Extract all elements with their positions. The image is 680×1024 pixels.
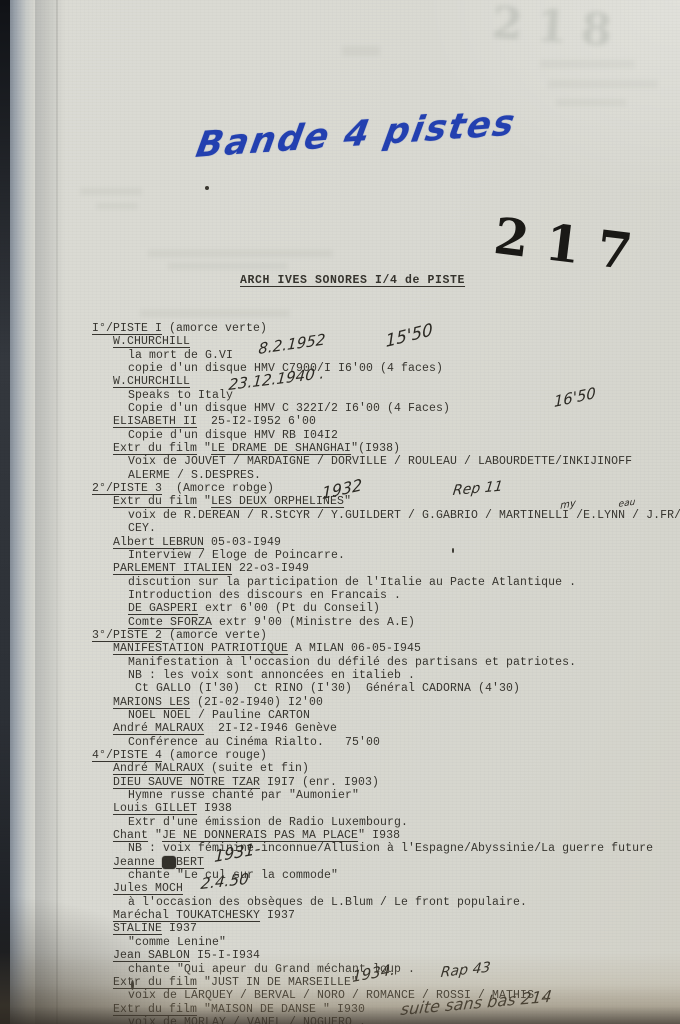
typed-text: (2I-02-I940) I2'00 [190,696,323,709]
underlined-text: Extr du film [113,1003,197,1016]
typed-text: (amorce rouge) [162,749,267,762]
handwritten-annotation: eau [618,496,636,512]
typed-text: 25-I2-I952 6'00 [197,415,316,428]
typed-line: André MALRAUX (suite et fin) [0,762,680,775]
typed-text: A MILAN 06-05-I945 [288,642,421,655]
typed-line: Comte SFORZA extr 9'00 (Ministre des A.E… [0,616,680,629]
typed-line: "comme Lenine" [0,936,680,949]
typed-text: Ct GALLO (I'30) Ct RINO (I'30) Général C… [128,682,520,695]
bleed-through-ghost [548,80,658,88]
bleed-through-ghost [556,99,626,106]
typed-text: I938 [197,802,232,815]
typed-line: la mort de G.VI8.2.195215'50 [0,349,680,362]
typed-text: " I938 [358,829,400,842]
typed-line: ELISABETH II 25-I2-I952 6'00 [0,415,680,428]
typed-line: CEY. [0,522,680,535]
page-title: ARCH IVES SONORES I/4 de PISTE [240,274,465,287]
bleed-through-ghost [342,46,380,56]
underlined-text: 2°/PISTE 3 [92,482,162,495]
underlined-text: Chant [113,829,148,842]
bleed-through-ghost [540,60,635,68]
typed-text: I5-I-I934 [190,949,260,962]
typed-line: voix de LARQUEY / BERVAL / NORO / ROMANC… [0,989,680,1002]
typed-text: Voix de JOUVET / MARDAIGNE / DORVILLE / … [128,455,632,468]
underlined-text: MANIFESTATION PATRIOTIQUE [113,642,288,655]
underlined-text: W.CHURCHILL [113,375,190,388]
underlined-text: STALINE [113,922,162,935]
typed-line: Louis GILLET I938 [0,802,680,815]
typed-text: voix de R.DEREAN / R.StCYR / Y.GUILDERT … [128,509,680,522]
underlined-text: DIEU SAUVE NOTRE TZAR [113,776,260,789]
underlined-text: I°/PISTE I [92,322,162,335]
typed-line: Conférence au Cinéma Rialto. 75'00 [0,736,680,749]
typed-line: Ct GALLO (I'30) Ct RINO (I'30) Général C… [0,682,680,695]
page-number-stamp: 217 [491,206,652,283]
underlined-text: MARIONS LES [113,696,190,709]
ink-speck [452,548,454,553]
typed-text: NB : voix féminine inconnue/Allusion à l… [128,842,653,855]
typed-text: Interview / Eloge de Poincarre. [128,549,345,562]
handwritten-annotation: 16'50 [554,387,596,410]
typed-line: I°/PISTE I (amorce verte) [0,322,680,335]
typed-line: Extr du film "LE DRAME DE SHANGHAI"(I938… [0,442,680,455]
typed-line: MANIFESTATION PATRIOTIQUE A MILAN 06-05-… [0,642,680,655]
typed-text: I937 [260,909,295,922]
typed-text: " [197,442,211,455]
underlined-text: Albert LEBRUN [113,536,204,549]
typed-text: discution sur la participation de l'Ital… [128,576,576,589]
typed-line: Jean SABLON I5-I-I934 [0,949,680,962]
typed-text: (Amorce robge) [162,482,274,495]
underlined-text: Jeanne [113,856,162,869]
underlined-text: Maréchal TOUKATCHESKY [113,909,260,922]
typed-text: NOEL NOEL / Pauline CARTON [128,709,310,722]
bleed-through-stamp: 218 [490,0,627,58]
underlined-text: Extr du film [113,442,197,455]
typed-line: Extr d'une émission de Radio Luxembourg. [0,816,680,829]
typed-text: Extr d'une émission de Radio Luxembourg. [128,816,408,829]
handwritten-title: Bande 4 pistes [193,103,519,166]
typed-line: chante "Qui apeur du Grand méchant loup … [0,963,680,976]
typed-line: voix de MORLAY / VANEL / NOGUERO . [0,1016,680,1024]
underlined-text: BERT [176,856,204,869]
underlined-text: André MALRAUX [113,722,204,735]
typed-line: voix de R.DEREAN / R.StCYR / Y.GUILDERT … [0,509,680,522]
typed-line: W.CHURCHILL [0,335,680,348]
handwritten-annotation: Rep 11 [452,481,504,499]
ink-speck [205,186,209,190]
typed-text: extr 9'00 (Ministre des A.E) [212,616,415,629]
typed-text: (amorce verte) [162,322,267,335]
ink-blot: AU [162,856,176,869]
typed-line: Extr du film "MAISON DE DANSE " I930suit… [0,1003,680,1016]
typed-line: 3°/PISTE 2 (amorce verte) [0,629,680,642]
typed-line: Jules MOCH2.4.50 [0,882,680,895]
bleed-through-ghost [96,203,138,209]
typed-line: Copie d'un disque HMV C 322I/2 I6'00 (4 … [0,402,680,415]
typed-text: NB : les voix sont annoncées en italieb … [128,669,415,682]
typed-line: André MALRAUX 2I-I2-I946 Genève [0,722,680,735]
typed-line: 4°/PISTE 4 (amorce rouge) [0,749,680,762]
typed-text: "JUST IN DE MARSEILLE" [197,976,358,989]
typed-line: à l'occasion des obsèques de L.Blum / Le… [0,896,680,909]
typed-line: Copie d'un disque HMV RB I04I2 [0,429,680,442]
underlined-text: Jules MOCH [113,882,183,895]
bleed-through-ghost [148,250,333,257]
underlined-text: Extr du film [113,495,197,508]
typed-text: Introduction des discours en Francais . [128,589,401,602]
bleed-through-ghost [80,188,142,195]
bleed-through-ghost [140,310,290,317]
typed-text: Speaks to Italy [128,389,233,402]
typed-line: Manifestation à l'occasion du défilé des… [0,656,680,669]
typed-text: I9I7 (enr. I903) [260,776,379,789]
typed-text: (amorce verte) [162,629,267,642]
typed-text: 22-o3-I949 [232,562,309,575]
typed-text: à l'occasion des obsèques de L.Blum / Le… [128,896,527,909]
handwritten-annotation: 1932 [322,479,362,501]
typed-line: Interview / Eloge de Poincarre. [0,549,680,562]
handwritten-annotation: 2.4.50 [200,873,249,892]
ink-speck [131,980,134,990]
handwritten-annotation: my [560,497,576,513]
typed-line: Hymne russe chanté par "Aumonier" [0,789,680,802]
typed-text: ALERME / S.DESPRES. [128,469,261,482]
underlined-text: 3°/PISTE 2 [92,629,162,642]
typed-text: extr 6'00 (Pt du Conseil) [198,602,380,615]
underlined-text: LE DRAME DE SHANGHAI [211,442,351,455]
scanned-page: 218 Bande 4 pistes 217 ARCH IVES SONORES… [0,0,680,1024]
typed-text: 05-03-I949 [204,536,281,549]
typed-line: DIEU SAUVE NOTRE TZAR I9I7 (enr. I903) [0,776,680,789]
underlined-text: ELISABETH II [113,415,197,428]
typed-line: MARIONS LES (2I-02-I940) I2'00 [0,696,680,709]
typed-text: voix de MORLAY / VANEL / NOGUERO . [128,1016,366,1024]
underlined-text: Jean SABLON [113,949,190,962]
typed-line: chante "Le cul sur la commode" [0,869,680,882]
typed-line: Introduction des discours en Francais . [0,589,680,602]
typed-text: Copie d'un disque HMV RB I04I2 [128,429,338,442]
typed-text: "(I938) [351,442,400,455]
typed-text: "MAISON DE DANSE " I930 [197,1003,365,1016]
underlined-text: PARLEMENT ITALIEN [113,562,232,575]
typed-line: NB : les voix sont annoncées en italieb … [0,669,680,682]
handwritten-annotation: 1934. [352,963,395,984]
typed-text: Conférence au Cinéma Rialto. 75'00 [128,736,380,749]
typed-line: NB : voix féminine inconnue/Allusion à l… [0,842,680,855]
typed-line: Extr du film "LES DEUX ORPHELINES"1932Re… [0,495,680,508]
underlined-text: 4°/PISTE 4 [92,749,162,762]
typed-text: Copie d'un disque HMV C 322I/2 I6'00 (4 … [128,402,450,415]
typed-line: Albert LEBRUN 05-03-I949 [0,536,680,549]
typed-line: Voix de JOUVET / MARDAIGNE / DORVILLE / … [0,455,680,468]
typed-line: PARLEMENT ITALIEN 22-o3-I949 [0,562,680,575]
typed-line: NOEL NOEL / Pauline CARTON [0,709,680,722]
typed-line: Maréchal TOUKATCHESKY I937 [0,909,680,922]
typed-text: CEY. [128,522,156,535]
underlined-text: Louis GILLET [113,802,197,815]
typed-text: la mort de G.VI [128,349,233,362]
typed-line: Extr du film "JUST IN DE MARSEILLE"1934.… [0,976,680,989]
typed-text: " [148,829,162,842]
typed-line: DE GASPERI extr 6'00 (Pt du Conseil) [0,602,680,615]
typed-text: I937 [162,922,197,935]
handwritten-annotation: Rap 43 [440,961,491,980]
underlined-text: André MALRAUX [113,762,204,775]
typed-line: discution sur la participation de l'Ital… [0,576,680,589]
typed-text: Manifestation à l'occasion du défilé des… [128,656,576,669]
typed-text: (suite et fin) [204,762,309,775]
typed-line: copie d'un disque HMV C7900/I I6'00 (4 f… [0,362,680,375]
underlined-text: Comte SFORZA [128,616,212,629]
underlined-text: Extr du film [113,976,197,989]
typed-text: "comme Lenine" [128,936,226,949]
bleed-through-ghost [168,263,288,269]
typed-line: Chant "JE NE DONNERAIS PAS MA PLACE" I93… [0,829,680,842]
typed-text: " [197,495,211,508]
typed-line: STALINE I937 [0,922,680,935]
typed-line: Jeanne AUBERT1931- [0,856,680,869]
underlined-text: W.CHURCHILL [113,335,190,348]
typed-body: I°/PISTE I (amorce verte)W.CHURCHILLla m… [0,322,680,1024]
typed-text: Hymne russe chanté par "Aumonier" [128,789,359,802]
typed-text: 2I-I2-I946 Genève [204,722,337,735]
handwritten-annotation: 1931- [214,841,261,863]
underlined-text: DE GASPERI [128,602,198,615]
